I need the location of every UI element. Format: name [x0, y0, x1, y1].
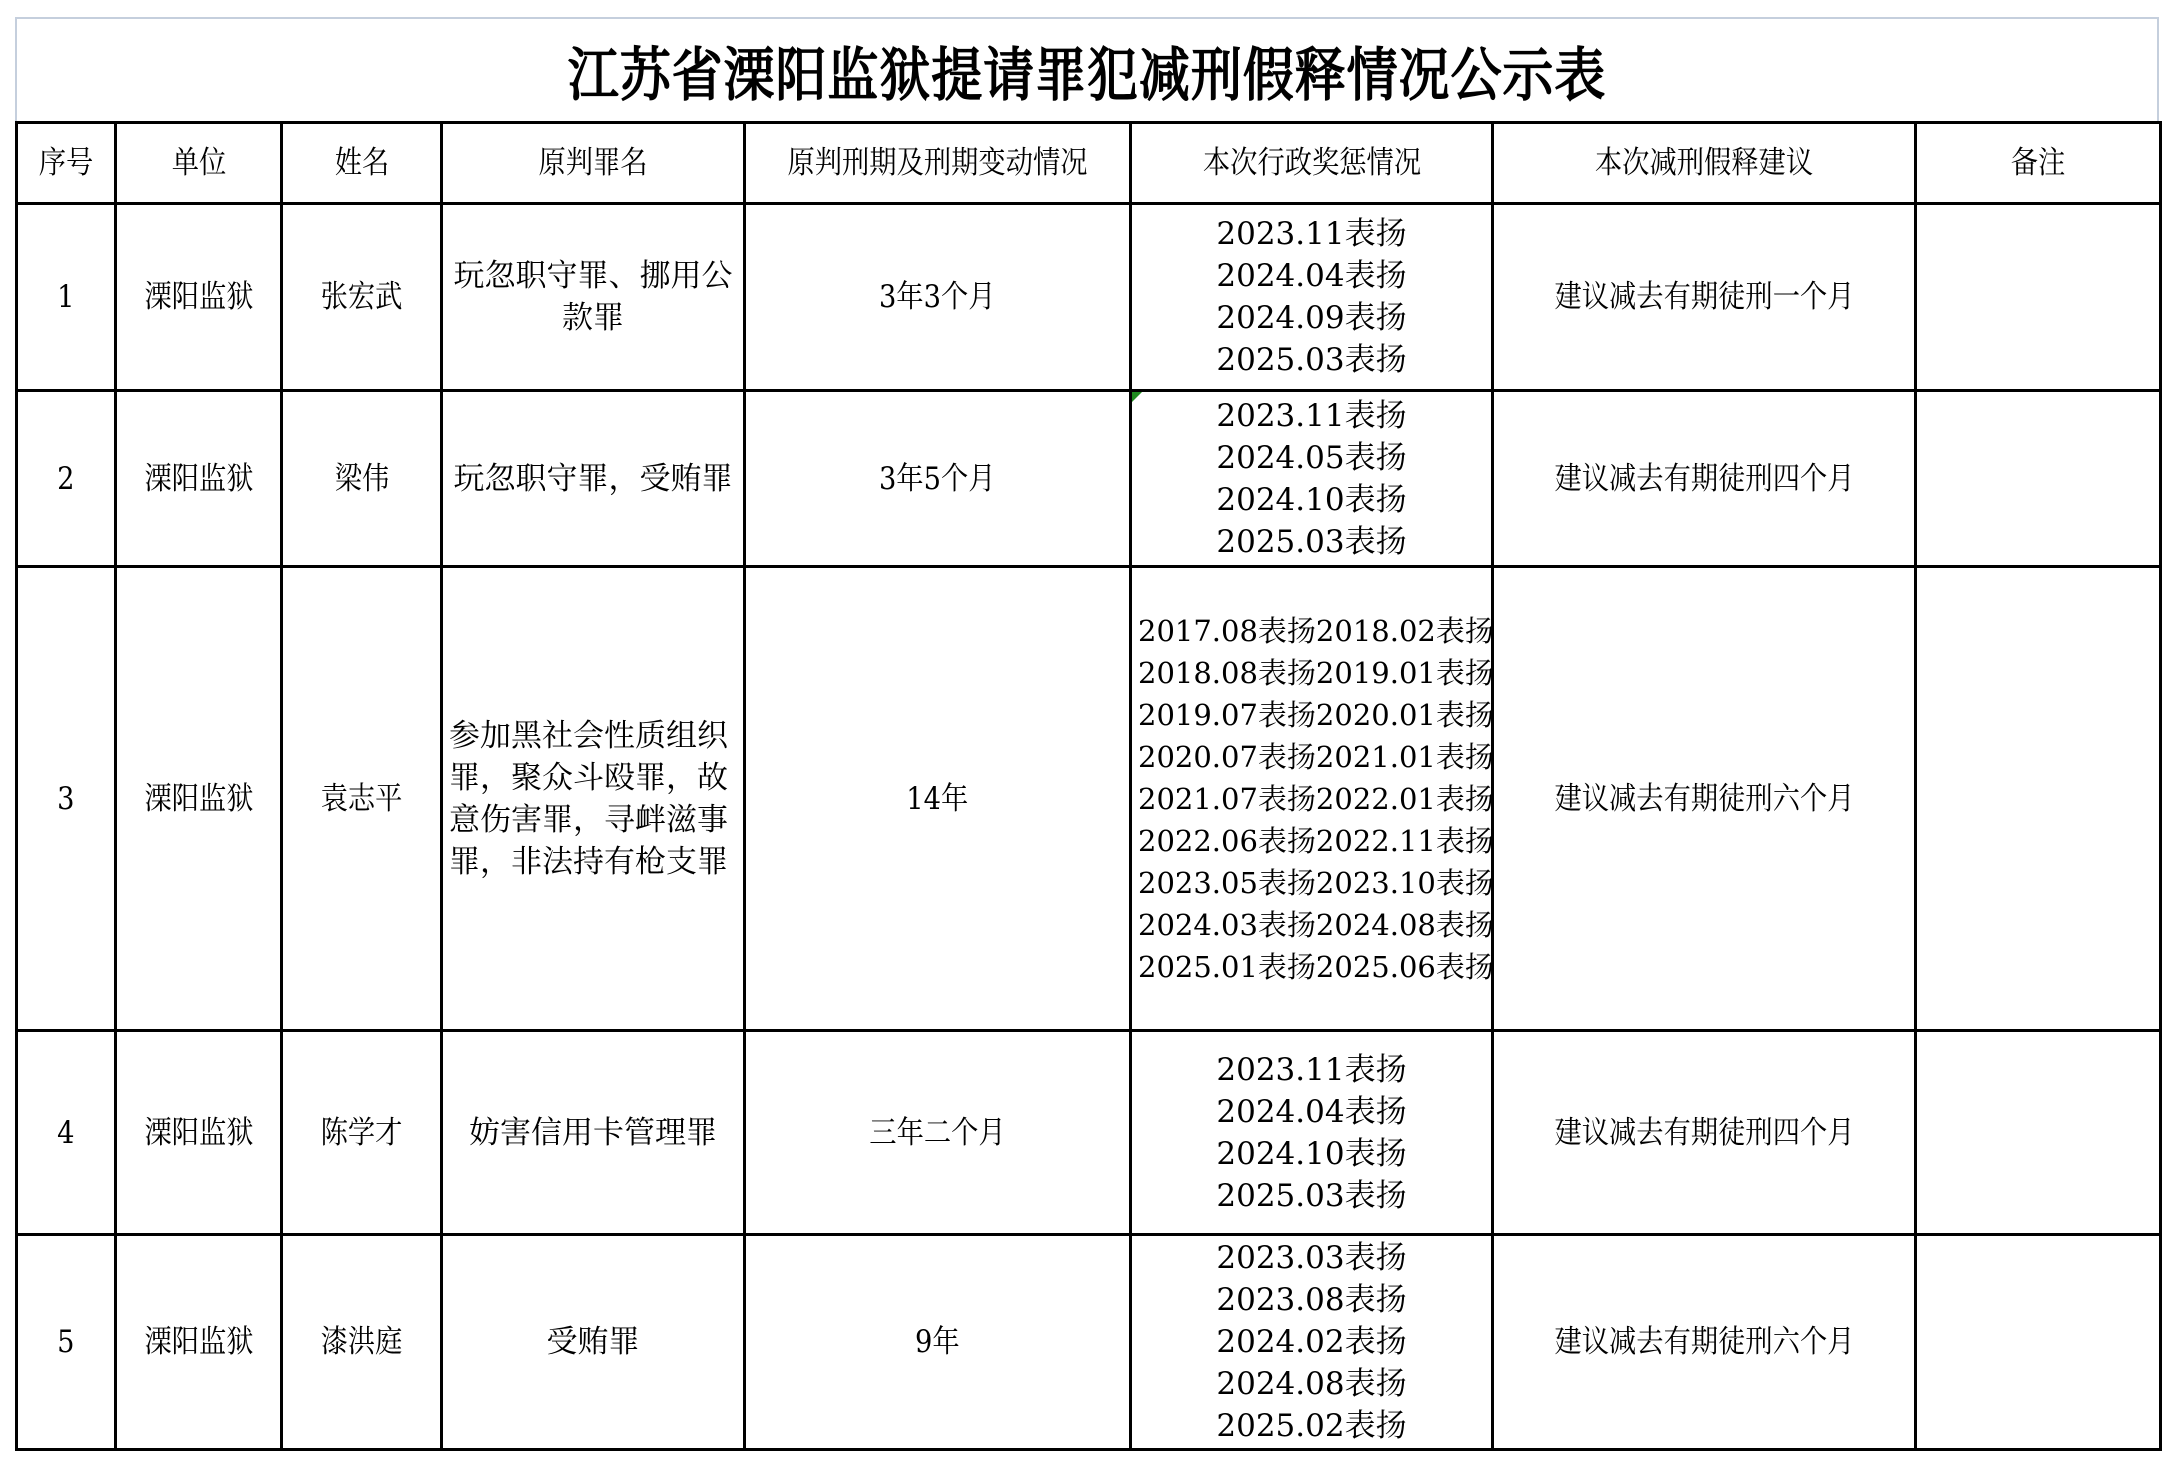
awards-list: 2023.03表扬 2023.08表扬 2024.02表扬 2024.08表扬 … — [1216, 1237, 1406, 1447]
awards-list: 2017.08表扬2018.02表扬 2018.08表扬2019.01表扬 20… — [1138, 610, 1494, 988]
cell-remarks[interactable] — [1916, 204, 2161, 391]
page-title: 江苏省溧阳监狱提请罪犯减刑假释情况公示表 — [568, 28, 1606, 112]
header-row: 序号 单位 姓名 原判罪名 原判刑期及刑期变动情况 本次行政奖惩情况 本次减刑假… — [17, 123, 2161, 204]
awards-list: 2023.11表扬 2024.05表扬 2024.10表扬 2025.03表扬 — [1216, 395, 1406, 563]
cell-remarks[interactable] — [1916, 567, 2161, 1031]
cell-name[interactable]: 漆洪庭 — [282, 1235, 442, 1450]
table-row: 2 溧阳监狱 梁伟 玩忽职守罪，受贿罪 3年5个月 2023.11表扬 2024… — [17, 391, 2161, 567]
spreadsheet-sheet: 江苏省溧阳监狱提请罪犯减刑假释情况公示表 序号 单位 姓名 原判罪名 原判刑期及… — [15, 17, 2159, 1451]
cell-no[interactable]: 1 — [17, 204, 116, 391]
title-cell[interactable]: 江苏省溧阳监狱提请罪犯减刑假释情况公示表 — [15, 17, 2159, 121]
cell-name[interactable]: 陈学才 — [282, 1031, 442, 1235]
header-awards[interactable]: 本次行政奖惩情况 — [1131, 123, 1493, 204]
cell-crime[interactable]: 玩忽职守罪、挪用公款罪 — [442, 204, 745, 391]
cell-name[interactable]: 袁志平 — [282, 567, 442, 1031]
cell-awards[interactable]: 2023.11表扬 2024.04表扬 2024.10表扬 2025.03表扬 — [1131, 1031, 1493, 1235]
cell-suggestion[interactable]: 建议减去有期徒刑六个月 — [1493, 567, 1916, 1031]
cell-suggestion[interactable]: 建议减去有期徒刑四个月 — [1493, 1031, 1916, 1235]
header-sentence[interactable]: 原判刑期及刑期变动情况 — [745, 123, 1131, 204]
header-crime[interactable]: 原判罪名 — [442, 123, 745, 204]
cell-no[interactable]: 3 — [17, 567, 116, 1031]
comment-indicator-icon[interactable] — [1132, 392, 1142, 402]
cell-awards[interactable]: 2023.03表扬 2023.08表扬 2024.02表扬 2024.08表扬 … — [1131, 1235, 1493, 1450]
cell-name[interactable]: 张宏武 — [282, 204, 442, 391]
cell-unit[interactable]: 溧阳监狱 — [116, 567, 282, 1031]
header-no[interactable]: 序号 — [17, 123, 116, 204]
cell-remarks[interactable] — [1916, 391, 2161, 567]
cell-awards[interactable]: 2023.11表扬 2024.05表扬 2024.10表扬 2025.03表扬 — [1131, 391, 1493, 567]
cell-sentence[interactable]: 3年5个月 — [745, 391, 1131, 567]
cell-crime[interactable]: 玩忽职守罪，受贿罪 — [442, 391, 745, 567]
cell-crime[interactable]: 妨害信用卡管理罪 — [442, 1031, 745, 1235]
table-row: 3 溧阳监狱 袁志平 参加黑社会性质组织罪，聚众斗殴罪，故意伤害罪，寻衅滋事罪，… — [17, 567, 2161, 1031]
cell-unit[interactable]: 溧阳监狱 — [116, 391, 282, 567]
cell-crime[interactable]: 受贿罪 — [442, 1235, 745, 1450]
table-row: 1 溧阳监狱 张宏武 玩忽职守罪、挪用公款罪 3年3个月 2023.11表扬 2… — [17, 204, 2161, 391]
cell-unit[interactable]: 溧阳监狱 — [116, 204, 282, 391]
header-unit[interactable]: 单位 — [116, 123, 282, 204]
table-row: 5 溧阳监狱 漆洪庭 受贿罪 9年 2023.03表扬 2023.08表扬 20… — [17, 1235, 2161, 1450]
cell-no[interactable]: 4 — [17, 1031, 116, 1235]
cell-remarks[interactable] — [1916, 1031, 2161, 1235]
cell-no[interactable]: 5 — [17, 1235, 116, 1450]
cell-remarks[interactable] — [1916, 1235, 2161, 1450]
cell-sentence[interactable]: 3年3个月 — [745, 204, 1131, 391]
cell-sentence[interactable]: 三年二个月 — [745, 1031, 1131, 1235]
header-remarks[interactable]: 备注 — [1916, 123, 2161, 204]
header-name[interactable]: 姓名 — [282, 123, 442, 204]
cell-awards[interactable]: 2023.11表扬 2024.04表扬 2024.09表扬 2025.03表扬 — [1131, 204, 1493, 391]
cell-suggestion[interactable]: 建议减去有期徒刑六个月 — [1493, 1235, 1916, 1450]
cell-suggestion[interactable]: 建议减去有期徒刑四个月 — [1493, 391, 1916, 567]
header-suggestion[interactable]: 本次减刑假释建议 — [1493, 123, 1916, 204]
cell-suggestion[interactable]: 建议减去有期徒刑一个月 — [1493, 204, 1916, 391]
cell-no[interactable]: 2 — [17, 391, 116, 567]
table-row: 4 溧阳监狱 陈学才 妨害信用卡管理罪 三年二个月 2023.11表扬 2024… — [17, 1031, 2161, 1235]
cell-unit[interactable]: 溧阳监狱 — [116, 1031, 282, 1235]
cell-name[interactable]: 梁伟 — [282, 391, 442, 567]
cell-awards[interactable]: 2017.08表扬2018.02表扬 2018.08表扬2019.01表扬 20… — [1131, 567, 1493, 1031]
awards-list: 2023.11表扬 2024.04表扬 2024.09表扬 2025.03表扬 — [1216, 213, 1406, 381]
announcement-table: 序号 单位 姓名 原判罪名 原判刑期及刑期变动情况 本次行政奖惩情况 本次减刑假… — [15, 121, 2162, 1451]
cell-sentence[interactable]: 14年 — [745, 567, 1131, 1031]
cell-sentence[interactable]: 9年 — [745, 1235, 1131, 1450]
cell-unit[interactable]: 溧阳监狱 — [116, 1235, 282, 1450]
cell-crime[interactable]: 参加黑社会性质组织罪，聚众斗殴罪，故意伤害罪，寻衅滋事罪，非法持有枪支罪 — [442, 567, 745, 1031]
awards-list: 2023.11表扬 2024.04表扬 2024.10表扬 2025.03表扬 — [1216, 1049, 1406, 1217]
